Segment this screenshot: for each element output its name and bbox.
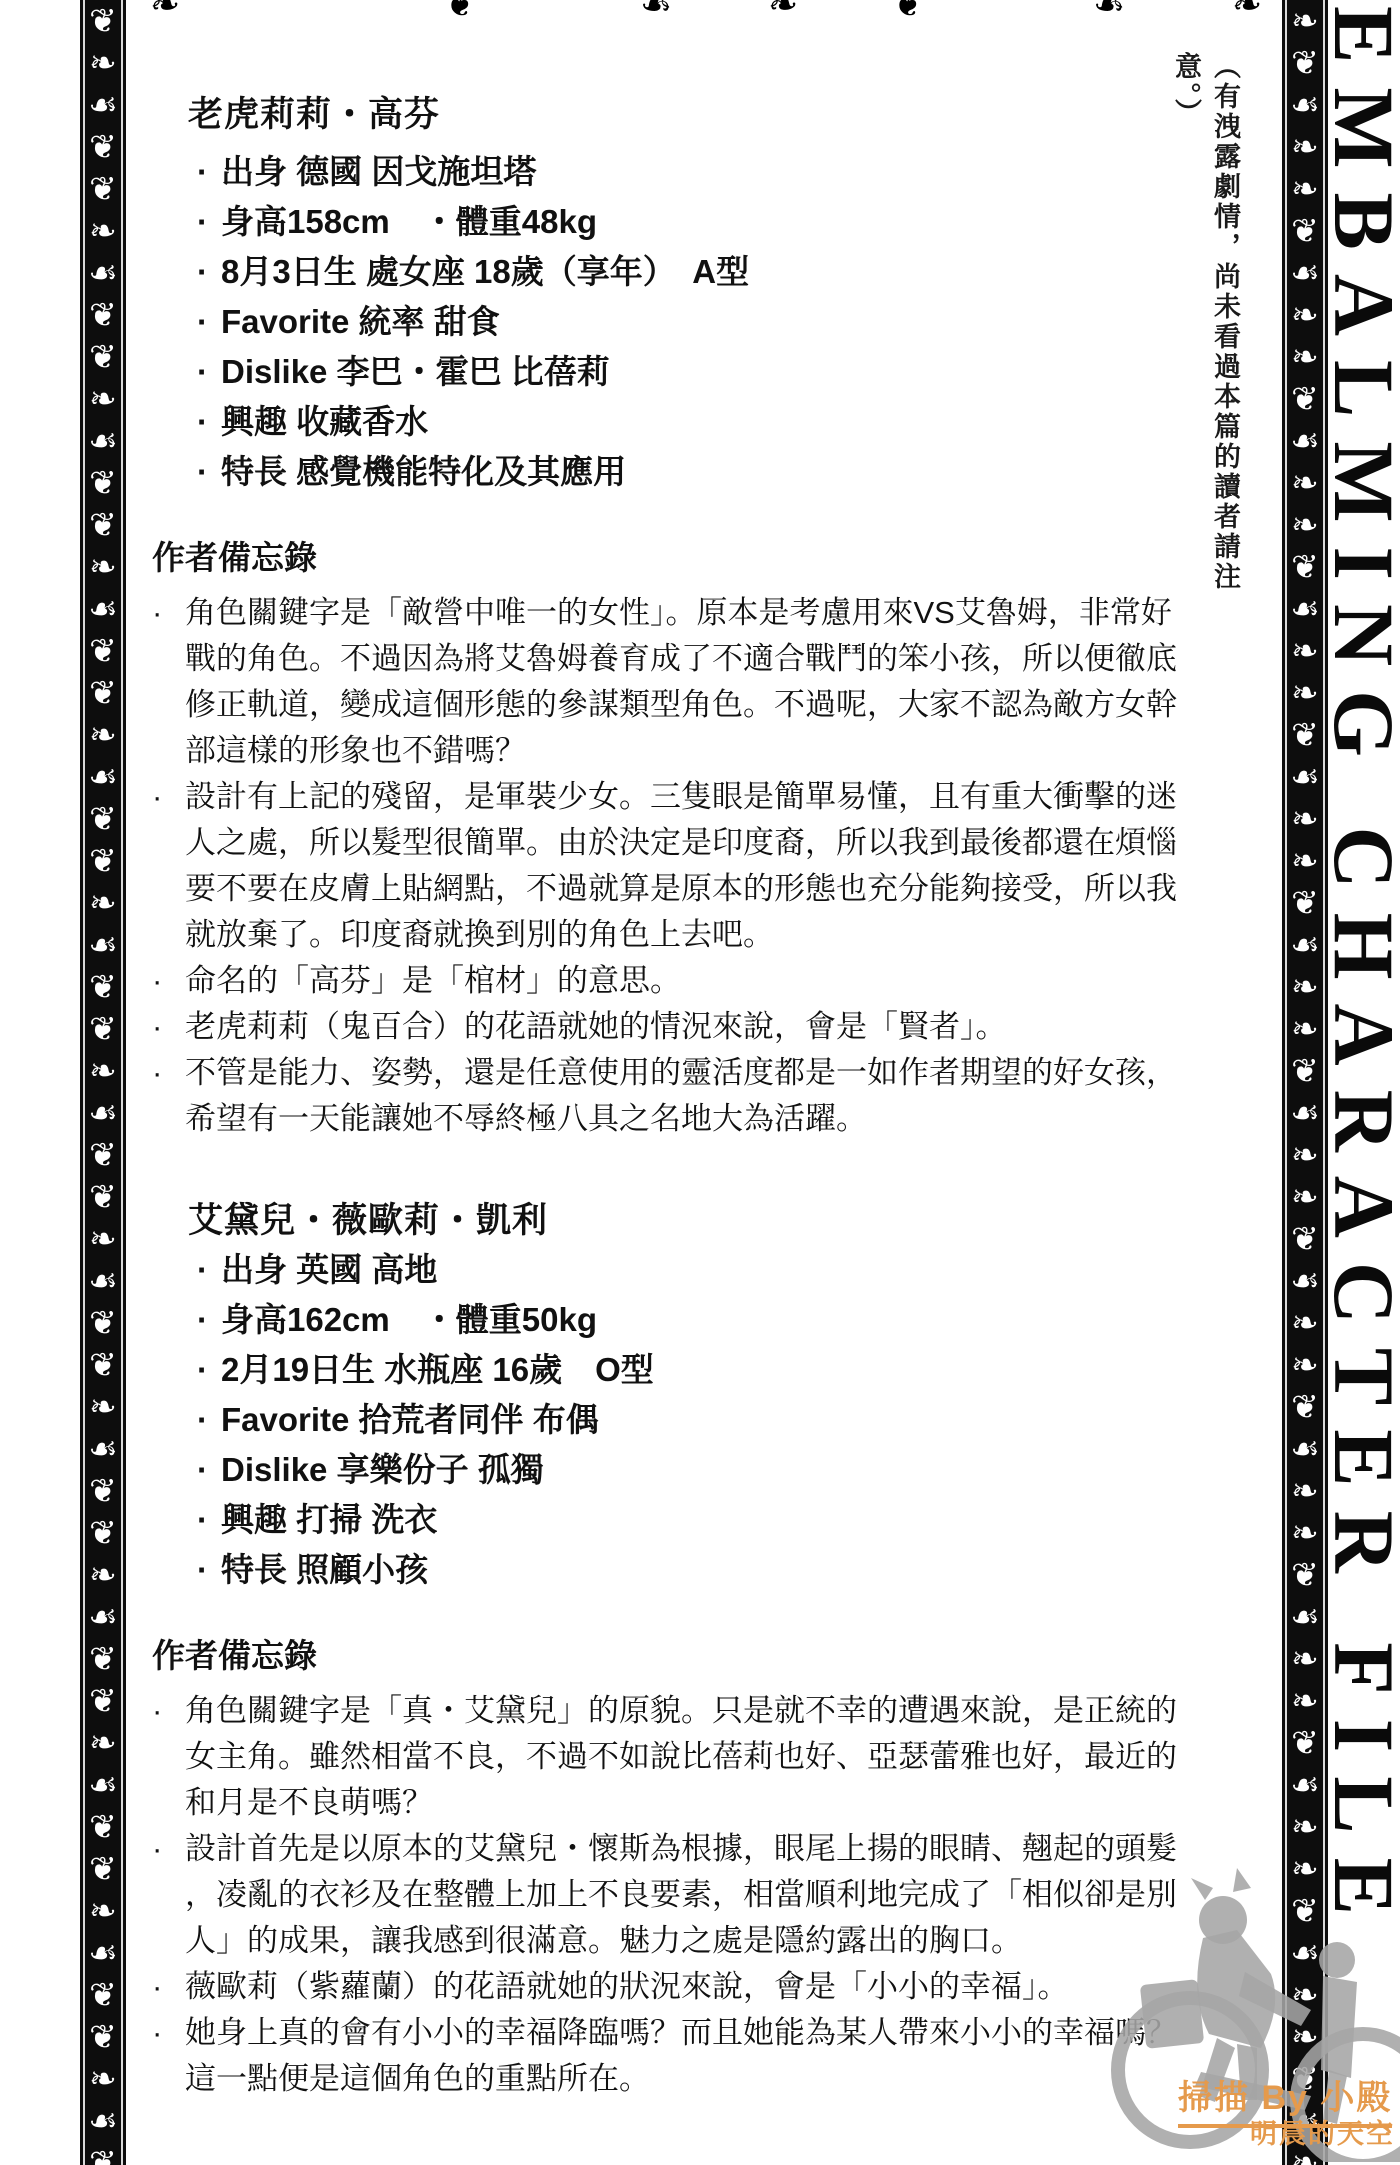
profile-line: · 8月3日生 處女座 18歲（享年） A型 bbox=[197, 254, 1231, 290]
note-text: 薇歐莉（紫蘿蘭）的花語就她的狀況來說，會是「小小的幸福」。 bbox=[185, 1964, 1231, 2010]
note-line: 人」的成果，讓我感到很滿意。魅力之處是隱約露出的胸口。 bbox=[152, 1918, 1231, 1964]
profile-list: · 出身 德國 因戈施坦塔 · 身高158cm ・體重48kg · 8月3日生 … bbox=[126, 154, 1231, 490]
bullet: · bbox=[152, 590, 185, 636]
spoiler-warning: （有洩露劇情，尚未看過本篇的讀者請注意。） bbox=[1167, 52, 1245, 612]
bullet: · bbox=[152, 958, 185, 1004]
note-text: 和月是不良萌嗎？ bbox=[185, 1780, 1231, 1826]
bullet: · bbox=[152, 1050, 185, 1096]
note-text: 希望有一天能讓她不辱終極八具之名地大為活躍。 bbox=[185, 1096, 1231, 1142]
bullet: · bbox=[197, 1502, 221, 1538]
note-text: 老虎莉莉（鬼百合）的花語就她的情況來說，會是「賢者」。 bbox=[185, 1004, 1231, 1050]
bullet: · bbox=[152, 1964, 185, 2010]
note-line: 要不要在皮膚上貼網點，不過就算是原本的形態也充分能夠接受，所以我 bbox=[152, 866, 1231, 912]
note-text: 設計首先是以原本的艾黛兒・懷斯為根據，眼尾上揚的眼睛、翹起的頭髮 bbox=[185, 1826, 1231, 1872]
note-text: 設計有上記的殘留，是軍裝少女。三隻眼是簡單易懂，且有重大衝擊的迷 bbox=[185, 774, 1231, 820]
character-name: 老虎莉莉・高芬 bbox=[188, 92, 1231, 138]
bullet bbox=[152, 1734, 185, 1780]
profile-text: 2月19日生 水瓶座 16歲 O型 bbox=[221, 1352, 654, 1388]
bullet: · bbox=[197, 154, 221, 190]
profile-text: 興趣 收藏香水 bbox=[221, 404, 428, 440]
bullet bbox=[152, 1780, 185, 1826]
bullet bbox=[152, 912, 185, 958]
bullet bbox=[152, 820, 185, 866]
note-line: · 她身上真的會有小小的幸福降臨嗎？而且她能為某人帶來小小的幸福嗎？ bbox=[152, 2010, 1231, 2056]
note-text: 角色關鍵字是「敵營中唯一的女性」。原本是考慮用來VS艾魯姆，非常好 bbox=[185, 590, 1231, 636]
author-notes-list: · 角色關鍵字是「敵營中唯一的女性」。原本是考慮用來VS艾魯姆，非常好 戰的角色… bbox=[126, 590, 1231, 1142]
left-border-title: EMBALMING CHARACTER FILE bbox=[0, 0, 80, 2165]
bullet: · bbox=[197, 1252, 221, 1288]
note-line: · 薇歐莉（紫蘿蘭）的花語就她的狀況來說，會是「小小的幸福」。 bbox=[152, 1964, 1231, 2010]
top-ornament-icon: ❧ bbox=[1232, 0, 1262, 25]
bullet: · bbox=[197, 204, 221, 240]
note-text: 人」的成果，讓我感到很滿意。魅力之處是隱約露出的胸口。 bbox=[185, 1918, 1231, 1964]
profile-line: · 興趣 收藏香水 bbox=[197, 404, 1231, 440]
profile-text: 特長 照顧小孩 bbox=[221, 1552, 428, 1588]
note-line: 希望有一天能讓她不辱終極八具之名地大為活躍。 bbox=[152, 1096, 1231, 1142]
profile-text: Dislike 享樂份子 孤獨 bbox=[221, 1452, 544, 1488]
author-notes-header: 作者備忘錄 bbox=[152, 1636, 1231, 1676]
profile-text: 身高158cm ・體重48kg bbox=[221, 204, 597, 240]
note-text: 女主角。雖然相當不良，不過不如說比蓓莉也好、亞瑟蕾雅也好，最近的 bbox=[185, 1734, 1231, 1780]
profile-line: · 特長 照顧小孩 bbox=[197, 1552, 1231, 1588]
profile-text: 出身 德國 因戈施坦塔 bbox=[221, 154, 536, 190]
character-section-2: 艾黛兒・薇歐莉・凱利 · 出身 英國 高地 · 身高162cm ・體重50kg … bbox=[126, 1198, 1231, 2102]
profile-line: · 出身 德國 因戈施坦塔 bbox=[197, 154, 1231, 190]
note-text: 部這樣的形象也不錯嗎？ bbox=[185, 728, 1231, 774]
note-text: 修正軌道，變成這個形態的參謀類型角色。不過呢，大家不認為敵方女幹 bbox=[185, 682, 1231, 728]
bullet: · bbox=[197, 404, 221, 440]
profile-line: · 2月19日生 水瓶座 16歲 O型 bbox=[197, 1352, 1231, 1388]
profile-text: 興趣 打掃 洗衣 bbox=[221, 1502, 437, 1538]
bullet bbox=[152, 682, 185, 728]
note-line: · 老虎莉莉（鬼百合）的花語就她的情況來說，會是「賢者」。 bbox=[152, 1004, 1231, 1050]
note-line: 部這樣的形象也不錯嗎？ bbox=[152, 728, 1231, 774]
bullet: · bbox=[197, 1402, 221, 1438]
note-line: 戰的角色。不過因為將艾魯姆養育成了不適合戰鬥的笨小孩，所以便徹底 bbox=[152, 636, 1231, 682]
scan-group-text: 明晨的天空 bbox=[1250, 2112, 1395, 2151]
note-text: 不管是能力、姿勢，還是任意使用的靈活度都是一如作者期望的好女孩， bbox=[185, 1050, 1231, 1096]
bullet bbox=[152, 1096, 185, 1142]
profile-text: Favorite 統率 甜食 bbox=[221, 304, 500, 340]
note-line: · 不管是能力、姿勢，還是任意使用的靈活度都是一如作者期望的好女孩， bbox=[152, 1050, 1231, 1096]
profile-text: 身高162cm ・體重50kg bbox=[221, 1302, 597, 1338]
profile-line: · 出身 英國 高地 bbox=[197, 1252, 1231, 1288]
bullet: · bbox=[197, 1302, 221, 1338]
note-text: 戰的角色。不過因為將艾魯姆養育成了不適合戰鬥的笨小孩，所以便徹底 bbox=[185, 636, 1231, 682]
note-line: 人之處，所以髮型很簡單。由於決定是印度裔，所以我到最後都還在煩惱 bbox=[152, 820, 1231, 866]
bullet bbox=[152, 1918, 185, 1964]
note-text: 命名的「高芬」是「棺材」的意思。 bbox=[185, 958, 1231, 1004]
profile-text: 特長 感覺機能特化及其應用 bbox=[221, 454, 626, 490]
note-text: 這一點便是這個角色的重點所在。 bbox=[185, 2056, 1231, 2102]
note-text: 她身上真的會有小小的幸福降臨嗎？而且她能為某人帶來小小的幸福嗎？ bbox=[185, 2010, 1231, 2056]
profile-line: · Dislike 享樂份子 孤獨 bbox=[197, 1452, 1231, 1488]
bullet: · bbox=[197, 1552, 221, 1588]
note-line: ，凌亂的衣衫及在整體上加上不良要素，相當順利地完成了「相似卻是別 bbox=[152, 1872, 1231, 1918]
manga-character-file-page: EMBALMING CHARACTER FILE ❦❧☙❦❦❧☙❦❦❧☙❦❦❧☙… bbox=[0, 0, 1400, 2165]
author-notes-header: 作者備忘錄 bbox=[152, 538, 1231, 578]
note-text: 就放棄了。印度裔就換到別的角色上去吧。 bbox=[185, 912, 1231, 958]
left-ornament-strip: ❦❧☙❦❦❧☙❦❦❧☙❦❦❧☙❦❦❧☙❦❦❧☙❦❦❧☙❦❦❧☙❦❦❧☙❦❦❧☙❦… bbox=[80, 0, 126, 2165]
note-line: 和月是不良萌嗎？ bbox=[152, 1780, 1231, 1826]
profile-line: · 興趣 打掃 洗衣 bbox=[197, 1502, 1231, 1538]
right-border-title: EMBALMING CHARACTER FILE bbox=[1328, 0, 1400, 2165]
bullet: · bbox=[152, 2010, 185, 2056]
bullet: · bbox=[197, 254, 221, 290]
left-border-title-text: EMBALMING CHARACTER FILE bbox=[0, 0, 80, 80]
profile-text: Favorite 拾荒者同伴 布偶 bbox=[221, 1402, 599, 1438]
right-ornament-strip: ❧❦☙❧❧❦☙❧❧❦☙❧❧❦☙❧❧❦☙❧❧❦☙❧❧❦☙❧❧❦☙❧❧❦☙❧❧❦☙❧… bbox=[1282, 0, 1328, 2165]
note-line: 女主角。雖然相當不良，不過不如說比蓓莉也好、亞瑟蕾雅也好，最近的 bbox=[152, 1734, 1231, 1780]
bullet bbox=[152, 636, 185, 682]
note-text: ，凌亂的衣衫及在整體上加上不良要素，相當順利地完成了「相似卻是別 bbox=[185, 1872, 1231, 1918]
bullet: · bbox=[152, 1826, 185, 1872]
note-text: 人之處，所以髮型很簡單。由於決定是印度裔，所以我到最後都還在煩惱 bbox=[185, 820, 1231, 866]
right-border-title-text: EMBALMING CHARACTER FILE bbox=[1328, 0, 1400, 2165]
bullet: · bbox=[152, 1004, 185, 1050]
note-line: 就放棄了。印度裔就換到別的角色上去吧。 bbox=[152, 912, 1231, 958]
bullet: · bbox=[197, 304, 221, 340]
content: 老虎莉莉・高芬 · 出身 德國 因戈施坦塔 · 身高158cm ・體重48kg … bbox=[126, 0, 1231, 2102]
profile-line: · 身高158cm ・體重48kg bbox=[197, 204, 1231, 240]
bullet: · bbox=[152, 774, 185, 820]
note-line: 這一點便是這個角色的重點所在。 bbox=[152, 2056, 1231, 2102]
bullet: · bbox=[197, 1352, 221, 1388]
note-line: · 命名的「高芬」是「棺材」的意思。 bbox=[152, 958, 1231, 1004]
note-line: · 設計有上記的殘留，是軍裝少女。三隻眼是簡單易懂，且有重大衝擊的迷 bbox=[152, 774, 1231, 820]
bullet bbox=[152, 866, 185, 912]
note-line: · 角色關鍵字是「真・艾黛兒」的原貌。只是就不幸的遭遇來說，是正統的 bbox=[152, 1688, 1231, 1734]
profile-line: · Dislike 李巴・霍巴 比蓓莉 bbox=[197, 354, 1231, 390]
profile-text: 8月3日生 處女座 18歲（享年） A型 bbox=[221, 254, 749, 290]
profile-line: · Favorite 拾荒者同伴 布偶 bbox=[197, 1402, 1231, 1438]
profile-line: · 身高162cm ・體重50kg bbox=[197, 1302, 1231, 1338]
note-text: 角色關鍵字是「真・艾黛兒」的原貌。只是就不幸的遭遇來說，是正統的 bbox=[185, 1688, 1231, 1734]
bullet: · bbox=[152, 1688, 185, 1734]
note-text: 要不要在皮膚上貼網點，不過就算是原本的形態也充分能夠接受，所以我 bbox=[185, 866, 1231, 912]
profile-list: · 出身 英國 高地 · 身高162cm ・體重50kg · 2月19日生 水瓶… bbox=[126, 1252, 1231, 1588]
note-line: · 角色關鍵字是「敵營中唯一的女性」。原本是考慮用來VS艾魯姆，非常好 bbox=[152, 590, 1231, 636]
bullet bbox=[152, 2056, 185, 2102]
bullet: · bbox=[197, 1452, 221, 1488]
profile-line: · 特長 感覺機能特化及其應用 bbox=[197, 454, 1231, 490]
bullet: · bbox=[197, 354, 221, 390]
bullet bbox=[152, 1872, 185, 1918]
bullet: · bbox=[197, 454, 221, 490]
character-section-1: 老虎莉莉・高芬 · 出身 德國 因戈施坦塔 · 身高158cm ・體重48kg … bbox=[126, 92, 1231, 1142]
bullet bbox=[152, 728, 185, 774]
character-name: 艾黛兒・薇歐莉・凱利 bbox=[188, 1198, 1231, 1244]
author-notes-list: · 角色關鍵字是「真・艾黛兒」的原貌。只是就不幸的遭遇來說，是正統的 女主角。雖… bbox=[126, 1688, 1231, 2102]
note-line: · 設計首先是以原本的艾黛兒・懷斯為根據，眼尾上揚的眼睛、翹起的頭髮 bbox=[152, 1826, 1231, 1872]
note-line: 修正軌道，變成這個形態的參謀類型角色。不過呢，大家不認為敵方女幹 bbox=[152, 682, 1231, 728]
profile-text: 出身 英國 高地 bbox=[221, 1252, 437, 1288]
profile-text: Dislike 李巴・霍巴 比蓓莉 bbox=[221, 354, 610, 390]
profile-line: · Favorite 統率 甜食 bbox=[197, 304, 1231, 340]
